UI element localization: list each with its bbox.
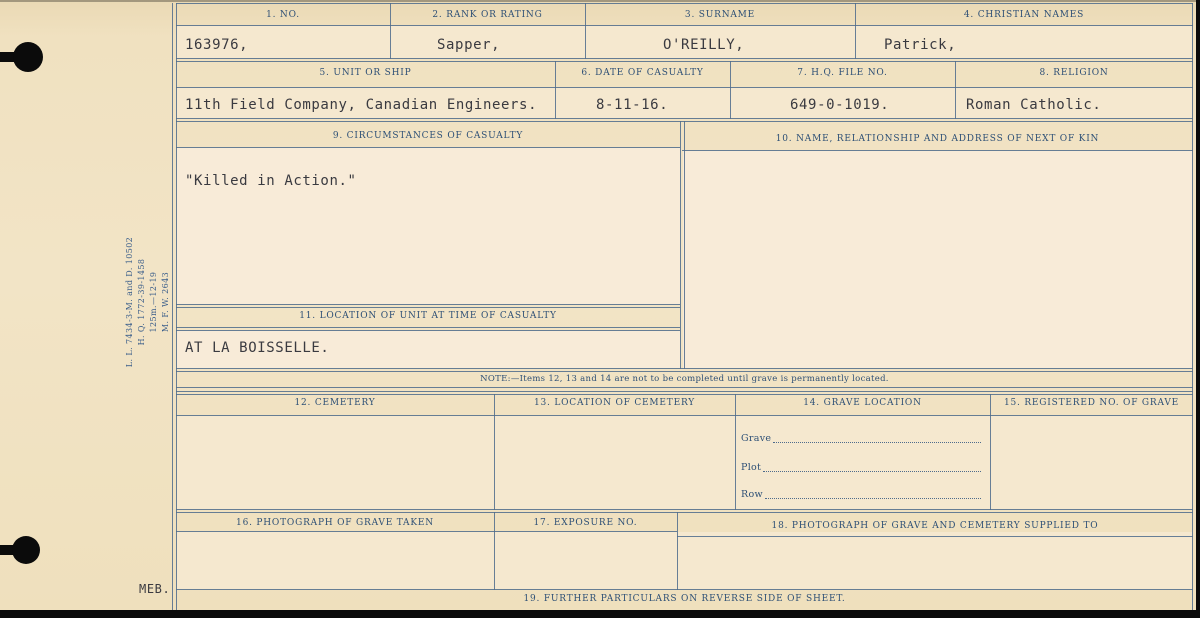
grid-line: [176, 3, 1193, 4]
field-value-no: 163976,: [185, 37, 248, 53]
form-reference-stamp: M. F. W. 2643 125m.—12-19 H. Q. 1772-39-…: [124, 232, 172, 372]
punch-hole: [13, 42, 43, 72]
field-label-further-particulars: 19. FURTHER PARTICULARS ON REVERSE SIDE …: [176, 594, 1193, 604]
grid-line: [176, 589, 1193, 590]
grid-line: [1192, 3, 1193, 610]
field-label-photograph-taken: 16. PHOTOGRAPH OF GRAVE TAKEN: [176, 518, 494, 528]
note-text: NOTE:—Items 12, 13 and 14 are not to be …: [176, 374, 1193, 384]
grid-line: [494, 394, 495, 510]
field-value-surname: O'REILLY,: [663, 37, 744, 53]
field-label-religion: 8. RELIGION: [955, 68, 1193, 78]
grid-line: [176, 387, 1193, 388]
photo-top-edge: [0, 0, 1200, 2]
plot-sub-label: Plot: [741, 462, 761, 473]
photo-right-edge: [1196, 0, 1200, 618]
field-label-photograph-supplied: 18. PHOTOGRAPH OF GRAVE AND CEMETERY SUP…: [677, 521, 1193, 531]
grid-line: [176, 25, 1193, 26]
grave-sub-label: Grave: [741, 433, 771, 444]
field-label-surname: 3. SURNAME: [585, 10, 855, 20]
grid-line: [176, 531, 677, 532]
field-label-unit-or-ship: 5. UNIT OR SHIP: [176, 68, 555, 78]
circumstances-panel: [177, 148, 680, 304]
next-of-kin-panel: [683, 151, 1192, 368]
field-label-exposure-no: 17. EXPOSURE NO.: [494, 518, 677, 528]
punch-hole: [12, 536, 40, 564]
field-label-cemetery: 12. CEMETERY: [176, 398, 494, 408]
field-label-no: 1. NO.: [176, 10, 390, 20]
row-sub-row: Row: [741, 486, 981, 500]
field-value-christian-names: Patrick,: [884, 37, 956, 53]
field-label-location-of-cemetery: 13. LOCATION OF CEMETERY: [494, 398, 735, 408]
grid-line: [176, 58, 1193, 62]
stamp-line: 125m.—12-19: [148, 272, 160, 333]
grid-line: [680, 121, 685, 369]
row5-panel: [177, 532, 1192, 589]
plot-sub-row: Plot: [741, 459, 981, 473]
grid-line: [176, 87, 1193, 88]
dotted-leader-line: [773, 442, 981, 443]
field-value-date-of-casualty: 8-11-16.: [596, 97, 668, 113]
field-label-date-of-casualty: 6. DATE OF CASUALTY: [555, 68, 730, 78]
dotted-leader-line: [763, 471, 981, 472]
field-value-rank: Sapper,: [437, 37, 500, 53]
grid-line: [176, 509, 1193, 513]
grid-line: [990, 394, 991, 510]
grave-sub-row: Grave: [741, 430, 981, 444]
field-value-unit-or-ship: 11th Field Company, Canadian Engineers.: [185, 97, 537, 113]
grid-line: [677, 536, 1193, 537]
field-label-circumstances: 9. CIRCUMSTANCES OF CASUALTY: [176, 131, 680, 141]
field-value-religion: Roman Catholic.: [966, 97, 1101, 113]
grid-line: [176, 327, 680, 331]
clerk-initials: MEB.: [139, 582, 170, 596]
grid-line: [682, 150, 1193, 151]
field-label-christian-names: 4. CHRISTIAN NAMES: [855, 10, 1193, 20]
field-label-next-of-kin: 10. NAME, RELATIONSHIP AND ADDRESS OF NE…: [682, 134, 1193, 144]
row4-panel: [177, 416, 1192, 509]
dotted-leader-line: [765, 498, 981, 499]
field-label-hq-file-no: 7. H.Q. FILE NO.: [730, 68, 955, 78]
field-label-rank: 2. RANK OR RATING: [390, 10, 585, 20]
grid-line: [176, 391, 1193, 395]
field-label-location-of-unit: 11. LOCATION OF UNIT AT TIME OF CASUALTY: [176, 311, 680, 321]
field-value-circumstances: "Killed in Action.": [185, 173, 357, 189]
grid-line: [735, 394, 736, 510]
grid-line: [176, 304, 680, 308]
stamp-line: H. Q. 1772-39-1458: [136, 259, 148, 346]
stamp-line: L. L. 7434-3-M. and D. 10502: [124, 237, 136, 367]
grid-line: [176, 147, 680, 148]
photo-bottom-edge: [0, 610, 1200, 618]
field-value-location-of-unit: AT LA BOISSELLE.: [185, 340, 329, 356]
stamp-line: M. F. W. 2643: [160, 272, 172, 332]
field-label-registered-no: 15. REGISTERED NO. OF GRAVE: [990, 398, 1193, 408]
field-value-hq-file-no: 649-0-1019.: [790, 97, 889, 113]
scanned-record-card: 1. NO. 2. RANK OR RATING 3. SURNAME 4. C…: [0, 0, 1200, 618]
field-label-grave-location: 14. GRAVE LOCATION: [735, 398, 990, 408]
grid-line: [176, 415, 1193, 416]
row-sub-label: Row: [741, 489, 763, 500]
